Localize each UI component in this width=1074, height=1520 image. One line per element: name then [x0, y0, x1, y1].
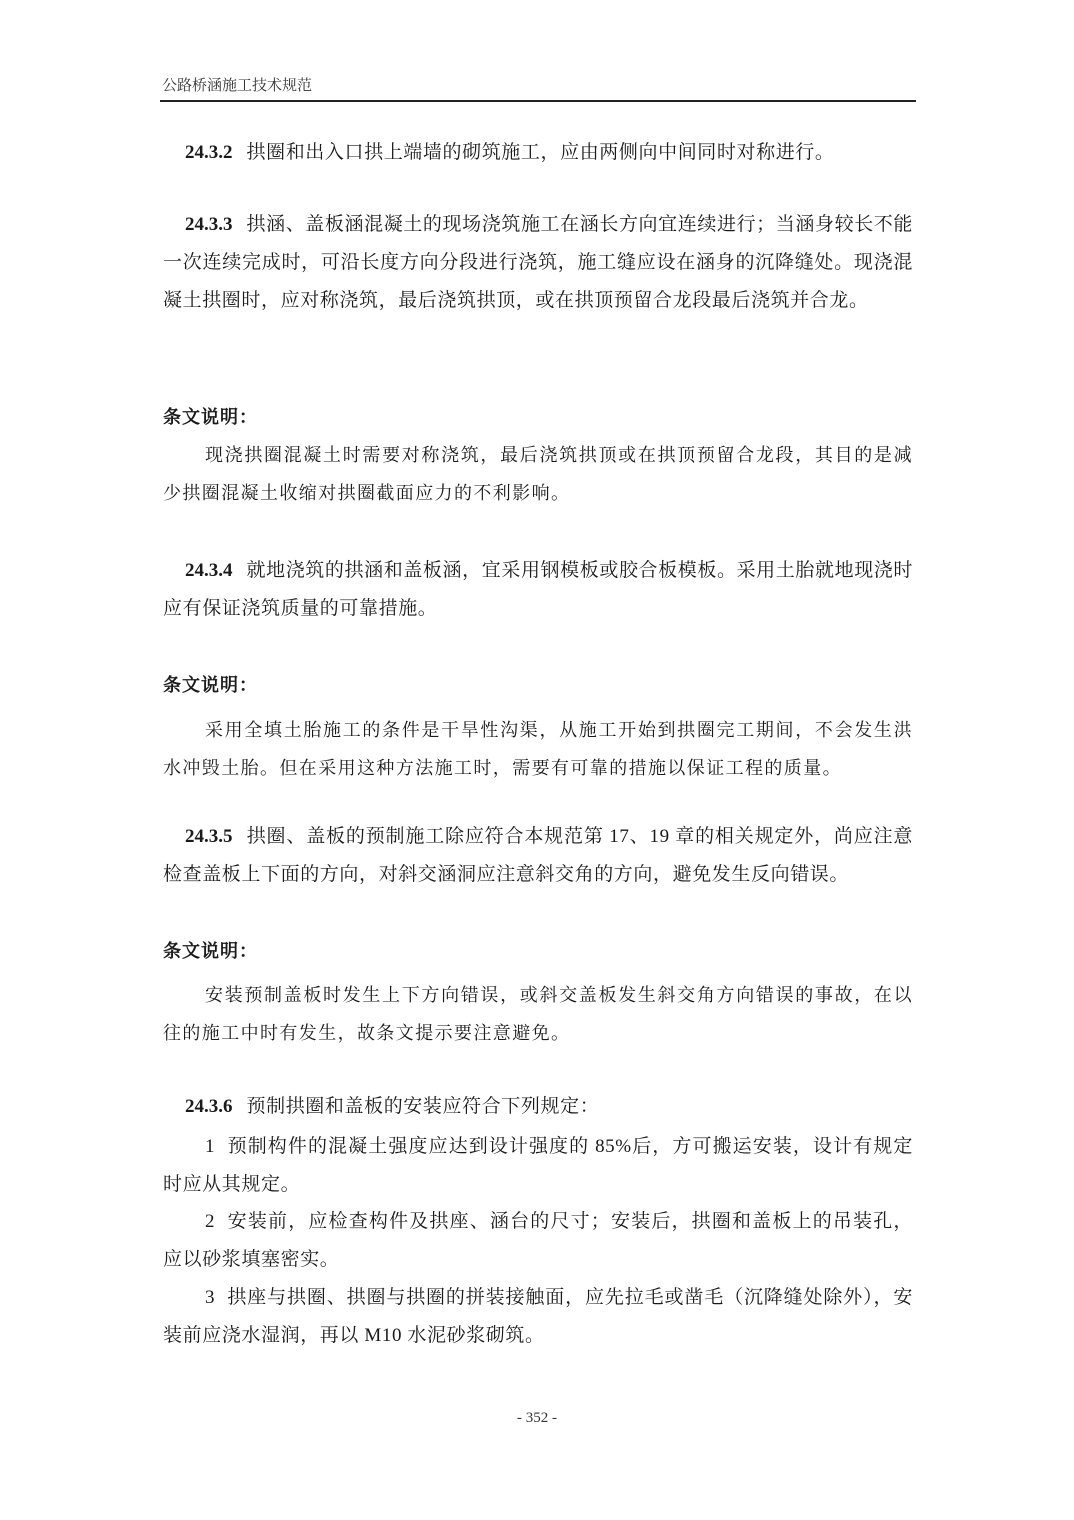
- page-number: - 352 -: [0, 1410, 1074, 1427]
- clause-text: 就地浇筑的拱涵和盖板涵，宜采用钢模板或胶合板模板。采用土胎就地现浇时应有保证浇筑…: [163, 560, 913, 619]
- clause-text: 预制拱圈和盖板的安装应符合下列规定：: [247, 1096, 600, 1117]
- list-item-1: 1预制构件的混凝土强度应达到设计强度的 85%后，方可搬运安装，设计有规定时应从…: [163, 1128, 913, 1204]
- clause-number: 24.3.2: [185, 142, 233, 163]
- clause-24-3-2: 24.3.2拱圈和出入口拱上端墙的砌筑施工，应由两侧向中间同时对称进行。: [163, 134, 913, 172]
- explanation-text: 现浇拱圈混凝土时需要对称浇筑，最后浇筑拱顶或在拱顶预留合龙段，其目的是减少拱圈混…: [163, 437, 913, 513]
- explanation-text: 安装预制盖板时发生上下方向错误，或斜交盖板发生斜交角方向错误的事故，在以往的施工…: [163, 977, 913, 1053]
- item-number: 1: [205, 1136, 215, 1157]
- running-header: 公路桥涵施工技术规范: [160, 76, 916, 102]
- item-number: 3: [205, 1287, 215, 1308]
- list-item-3: 3拱座与拱圈、拱圈与拱圈的拼装接触面，应先拉毛或凿毛（沉降缝处除外），安装前应浇…: [163, 1279, 913, 1355]
- explanation-title: 条文说明：: [163, 937, 258, 967]
- explanation-text: 采用全填土胎施工的条件是干旱性沟渠，从施工开始到拱圈完工期间，不会发生洪水冲毁土…: [163, 712, 913, 788]
- item-number: 2: [205, 1211, 215, 1232]
- clause-text: 拱圈和出入口拱上端墙的砌筑施工，应由两侧向中间同时对称进行。: [247, 142, 835, 163]
- item-text: 安装前，应检查构件及拱座、涵台的尺寸；安装后，拱圈和盖板上的吊装孔，应以砂浆填塞…: [163, 1211, 913, 1270]
- clause-24-3-3: 24.3.3拱涵、盖板涵混凝土的现场浇筑施工在涵长方向宜连续进行；当涵身较长不能…: [163, 206, 913, 320]
- clause-number: 24.3.4: [185, 560, 233, 581]
- clause-text: 拱圈、盖板的预制施工除应符合本规范第 17、19 章的相关规定外，尚应注意检查盖…: [163, 826, 913, 885]
- document-title: 公路桥涵施工技术规范: [162, 76, 312, 96]
- clause-number: 24.3.6: [185, 1096, 233, 1117]
- explanation-title: 条文说明：: [163, 403, 258, 433]
- clause-24-3-6: 24.3.6预制拱圈和盖板的安装应符合下列规定：: [163, 1088, 913, 1126]
- clause-number: 24.3.3: [185, 214, 233, 235]
- clause-text: 拱涵、盖板涵混凝土的现场浇筑施工在涵长方向宜连续进行；当涵身较长不能一次连续完成…: [163, 214, 913, 311]
- item-text: 预制构件的混凝土强度应达到设计强度的 85%后，方可搬运安装，设计有规定时应从其…: [163, 1136, 913, 1195]
- explanation-title: 条文说明：: [163, 671, 258, 701]
- clause-number: 24.3.5: [185, 826, 233, 847]
- clause-24-3-5: 24.3.5拱圈、盖板的预制施工除应符合本规范第 17、19 章的相关规定外，尚…: [163, 818, 913, 894]
- item-text: 拱座与拱圈、拱圈与拱圈的拼装接触面，应先拉毛或凿毛（沉降缝处除外），安装前应浇水…: [163, 1287, 913, 1346]
- clause-24-3-4: 24.3.4就地浇筑的拱涵和盖板涵，宜采用钢模板或胶合板模板。采用土胎就地现浇时…: [163, 552, 913, 628]
- list-item-2: 2安装前，应检查构件及拱座、涵台的尺寸；安装后，拱圈和盖板上的吊装孔，应以砂浆填…: [163, 1203, 913, 1279]
